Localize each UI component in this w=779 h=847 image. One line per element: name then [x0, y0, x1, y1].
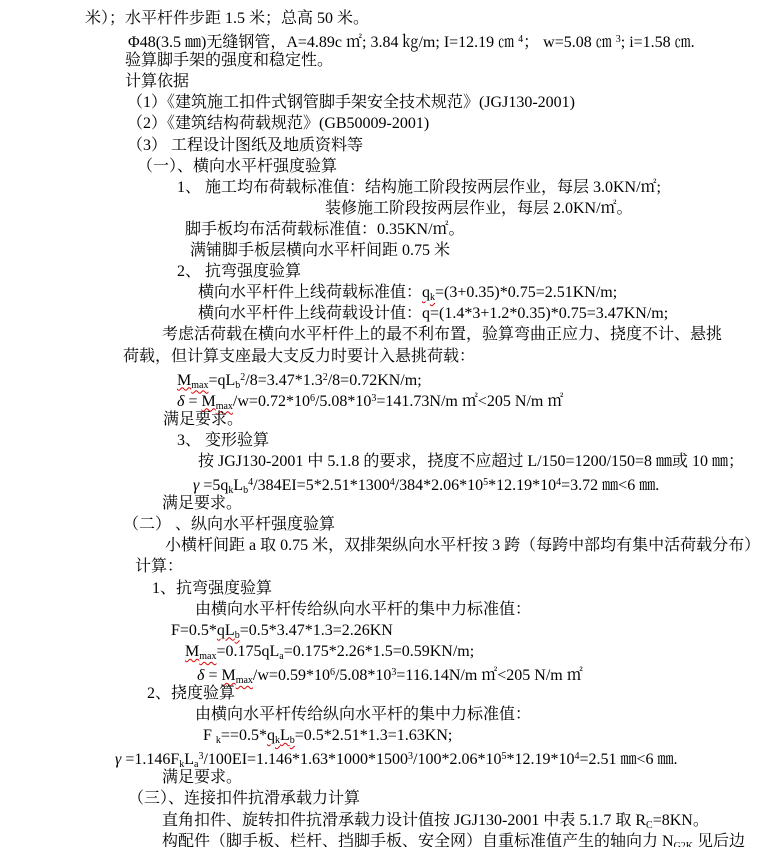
text-satisfied-1: 满足要求。 — [163, 409, 769, 430]
formula-q-design: 横向水平杆件上线荷载设计值：q=(1.4*3+1.2*0.35)*0.75=3.… — [198, 303, 769, 324]
formula-f: F=0.5*qLb=0.5*3.47*1.3=2.26KN — [171, 620, 769, 641]
formula-mmax-1: Mmax=qLb2/8=3.47*1.32/8=0.72KN/m; — [177, 367, 769, 388]
ref-item-1: （1）《建筑施工扣件式钢管脚手架安全技术规范》(JGJ130-2001) — [127, 92, 769, 113]
heading-deform-check: 3、 变形验算 — [177, 430, 769, 451]
formula-pipe-spec: Φ48(3.5 ㎜)无缝钢管，A=4.89c ㎡; 3.84 ㎏/m; I=12… — [128, 29, 769, 50]
document-page: 米）；水平杆件步距 1.5 米；总高 50 米。 Φ48(3.5 ㎜)无缝钢管，… — [0, 0, 779, 847]
formula-gamma-1: γ =5qkLb4/384EI=5*2.51*13004/384*2.06*10… — [193, 472, 769, 493]
formula-qk-standard: 横向水平杆件上线荷载标准值：qk=(3+0.35)*0.75=2.51KN/m; — [198, 282, 769, 303]
formula-mmax-2: Mmax=0.175qLa=0.175*2.26*1.5=0.59KN/m; — [185, 641, 769, 662]
text-plank-spacing: 满铺脚手板层横向水平杆间距 0.75 米 — [190, 240, 769, 261]
heading-section-1: （一）、横向水平杆强度验算 — [137, 156, 769, 177]
formula-delta-1: δ = Mmax/w=0.72*106/5.08*103=141.73N/m ㎡… — [177, 388, 769, 409]
heading-section-3: （三）、连接扣件抗滑承载力计算 — [128, 788, 769, 809]
heading-bending-check-1: 2、 抗弯强度验算 — [177, 261, 769, 282]
text-concentrated-force-2: 由横向水平杆传给纵向水平杆的集中力标准值： — [195, 704, 769, 725]
para-live-load-2: 荷载，但计算支座最大支反力时要计入悬挑荷载： — [123, 346, 769, 367]
text-coupler-design-value: 直角扣件、旋转扣件抗滑承载力设计值按 JGJ130-2001 中表 5.1.7 … — [162, 810, 769, 831]
para-live-load-1: 考虑活荷载在横向水平杆件上的最不利布置，验算弯曲正应力、挠度不计、悬挑 — [162, 324, 769, 345]
text-crossbar-spacing: 小横杆间距 a 取 0.75 米，双排架纵向水平杆按 3 跨（每跨中部均有集中活… — [165, 535, 769, 556]
formula-fk: F k==0.5*qkLb=0.5*2.51*1.3=1.63KN; — [203, 725, 769, 746]
ref-item-3: （3） 工程设计图纸及地质资料等 — [127, 135, 769, 156]
text-satisfied-2: 满足要求。 — [162, 493, 769, 514]
text-satisfied-3: 满足要求。 — [162, 767, 769, 788]
heading-deflection-check: 2、挠度验算 — [147, 683, 769, 704]
item-load-decoration: 装修施工阶段按两层作业，每层 2.0KN/㎡。 — [325, 198, 769, 219]
text-check-statement: 验算脚手架的强度和稳定性。 — [125, 50, 769, 71]
heading-calc-basis: 计算依据 — [125, 71, 769, 92]
item-load-standard: 1、 施工均布荷载标准值：结构施工阶段按两层作业，每层 3.0KN/㎡; — [177, 177, 769, 198]
text-concentrated-force-1: 由横向水平杆传给纵向水平杆的集中力标准值： — [195, 599, 769, 620]
heading-bending-check-2: 1、抗弯强度验算 — [152, 578, 769, 599]
text-line-step-height: 米）；水平杆件步距 1.5 米；总高 50 米。 — [85, 8, 769, 29]
text-deflection-limit: 按 JGJ130-2001 中 5.1.8 的要求，挠度不应超过 L/150=1… — [198, 451, 769, 472]
formula-gamma-2: γ =1.146FkLa3/100EI=1.146*1.63*1000*1500… — [115, 746, 769, 767]
heading-section-2: （二） 、纵向水平杆强度验算 — [123, 514, 769, 535]
formula-delta-2: δ = Mmax/w=0.59*106/5.08*103=116.14N/m ㎡… — [197, 662, 769, 683]
text-component-axial-force: 构配件（脚手板、栏杆、挡脚手板、安全网）自重标准值产生的轴向力 NG2K 见后边 — [162, 831, 769, 847]
text-calc-label: 计算： — [135, 556, 769, 577]
ref-item-2: （2）《建筑结构荷载规范》(GB50009-2001) — [127, 113, 769, 134]
text-plank-live-load: 脚手板均布活荷载标准值：0.35KN/㎡。 — [185, 219, 769, 240]
